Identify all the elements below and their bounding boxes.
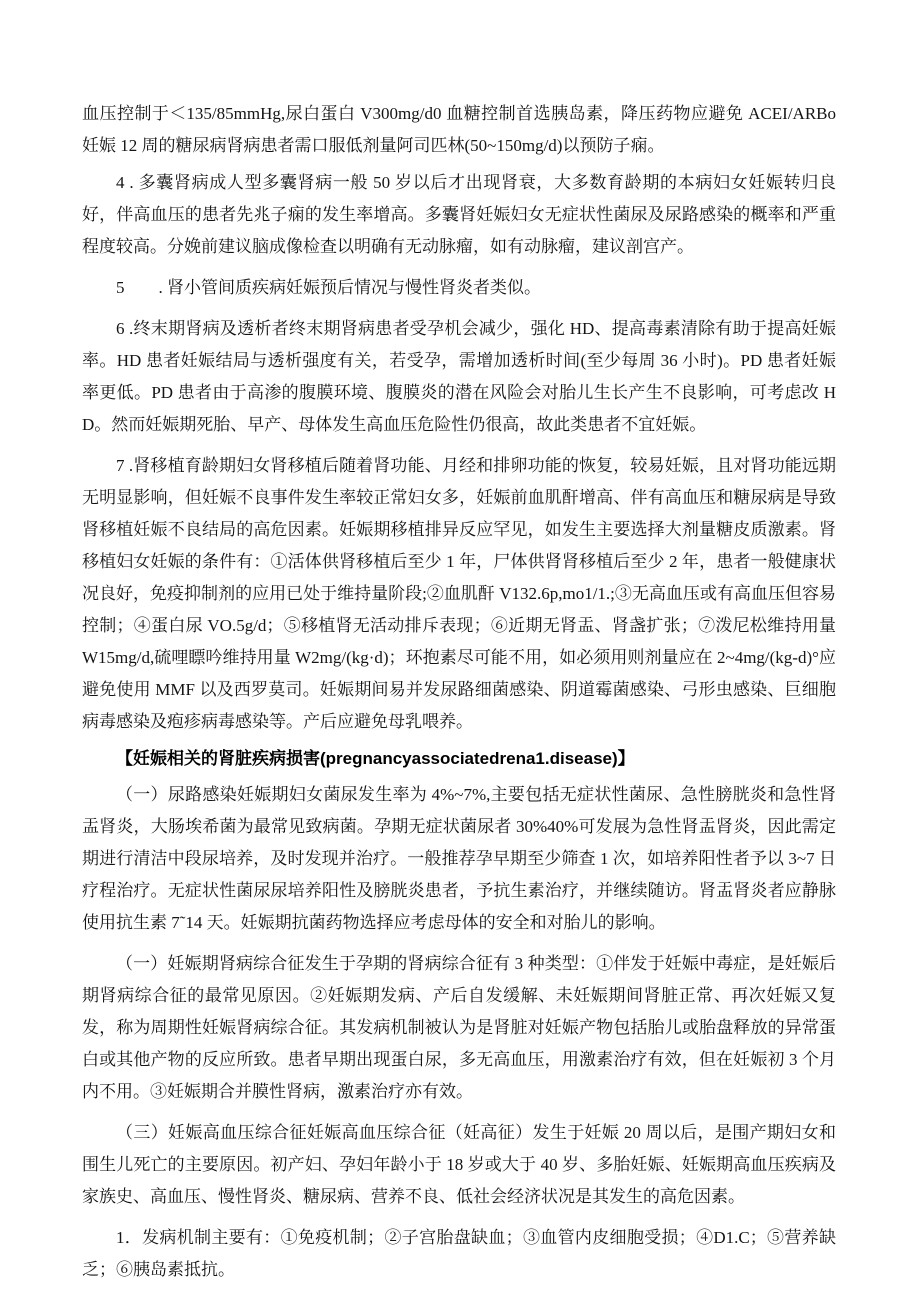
paragraph-urinary-tract-infection: （一）尿路感染妊娠期妇女菌尿发生率为 4%~7%,主要包括无症状性菌尿、急性膀胱… — [82, 779, 836, 939]
paragraph-5-tubulointerstitial-disease: 5 . 肾小管间质疾病妊娠预后情况与慢性肾炎者类似。 — [82, 272, 836, 304]
paragraph-pregnancy-hypertension-syndrome: （三）妊娠高血压综合征妊娠高血压综合征（妊高征）发生于妊娠 20 周以后，是围产… — [82, 1117, 836, 1213]
paragraph-7-kidney-transplant: 7 .肾移植育龄期妇女肾移植后随着肾功能、月经和排卵功能的恢复，较易妊娠，且对肾… — [82, 450, 836, 738]
paragraph-continuation-diabetic-nephropathy: 血压控制于＜135/85mmHg,尿白蛋白 V300mg/d0 血糖控制首选胰岛… — [82, 98, 836, 162]
document-page: 血压控制于＜135/85mmHg,尿白蛋白 V300mg/d0 血糖控制首选胰岛… — [0, 0, 920, 1301]
paragraph-6-esrd-dialysis: 6 .终末期肾病及透析者终末期肾病患者受孕机会减少，强化 HD、提高毒素清除有助… — [82, 313, 836, 441]
section-heading-pregnancy-associated-renal-disease: 【妊娠相关的肾脏疾病损害(pregnancyassociatedrena1.di… — [82, 743, 836, 775]
paragraph-4-polycystic-kidney: 4 . 多囊肾病成人型多囊肾病一般 50 岁以后才出现肾衰，大多数育龄期的本病妇… — [82, 167, 836, 263]
paragraph-1-pathogenesis: 1．发病机制主要有：①免疫机制；②子宫胎盘缺血；③血管内皮细胞受损；④D1.C；… — [82, 1222, 836, 1286]
document-body: 血压控制于＜135/85mmHg,尿白蛋白 V300mg/d0 血糖控制首选胰岛… — [82, 98, 836, 1286]
paragraph-nephrotic-syndrome-in-pregnancy: （一）妊娠期肾病综合征发生于孕期的肾病综合征有 3 种类型：①伴发于妊娠中毒症，… — [82, 948, 836, 1108]
